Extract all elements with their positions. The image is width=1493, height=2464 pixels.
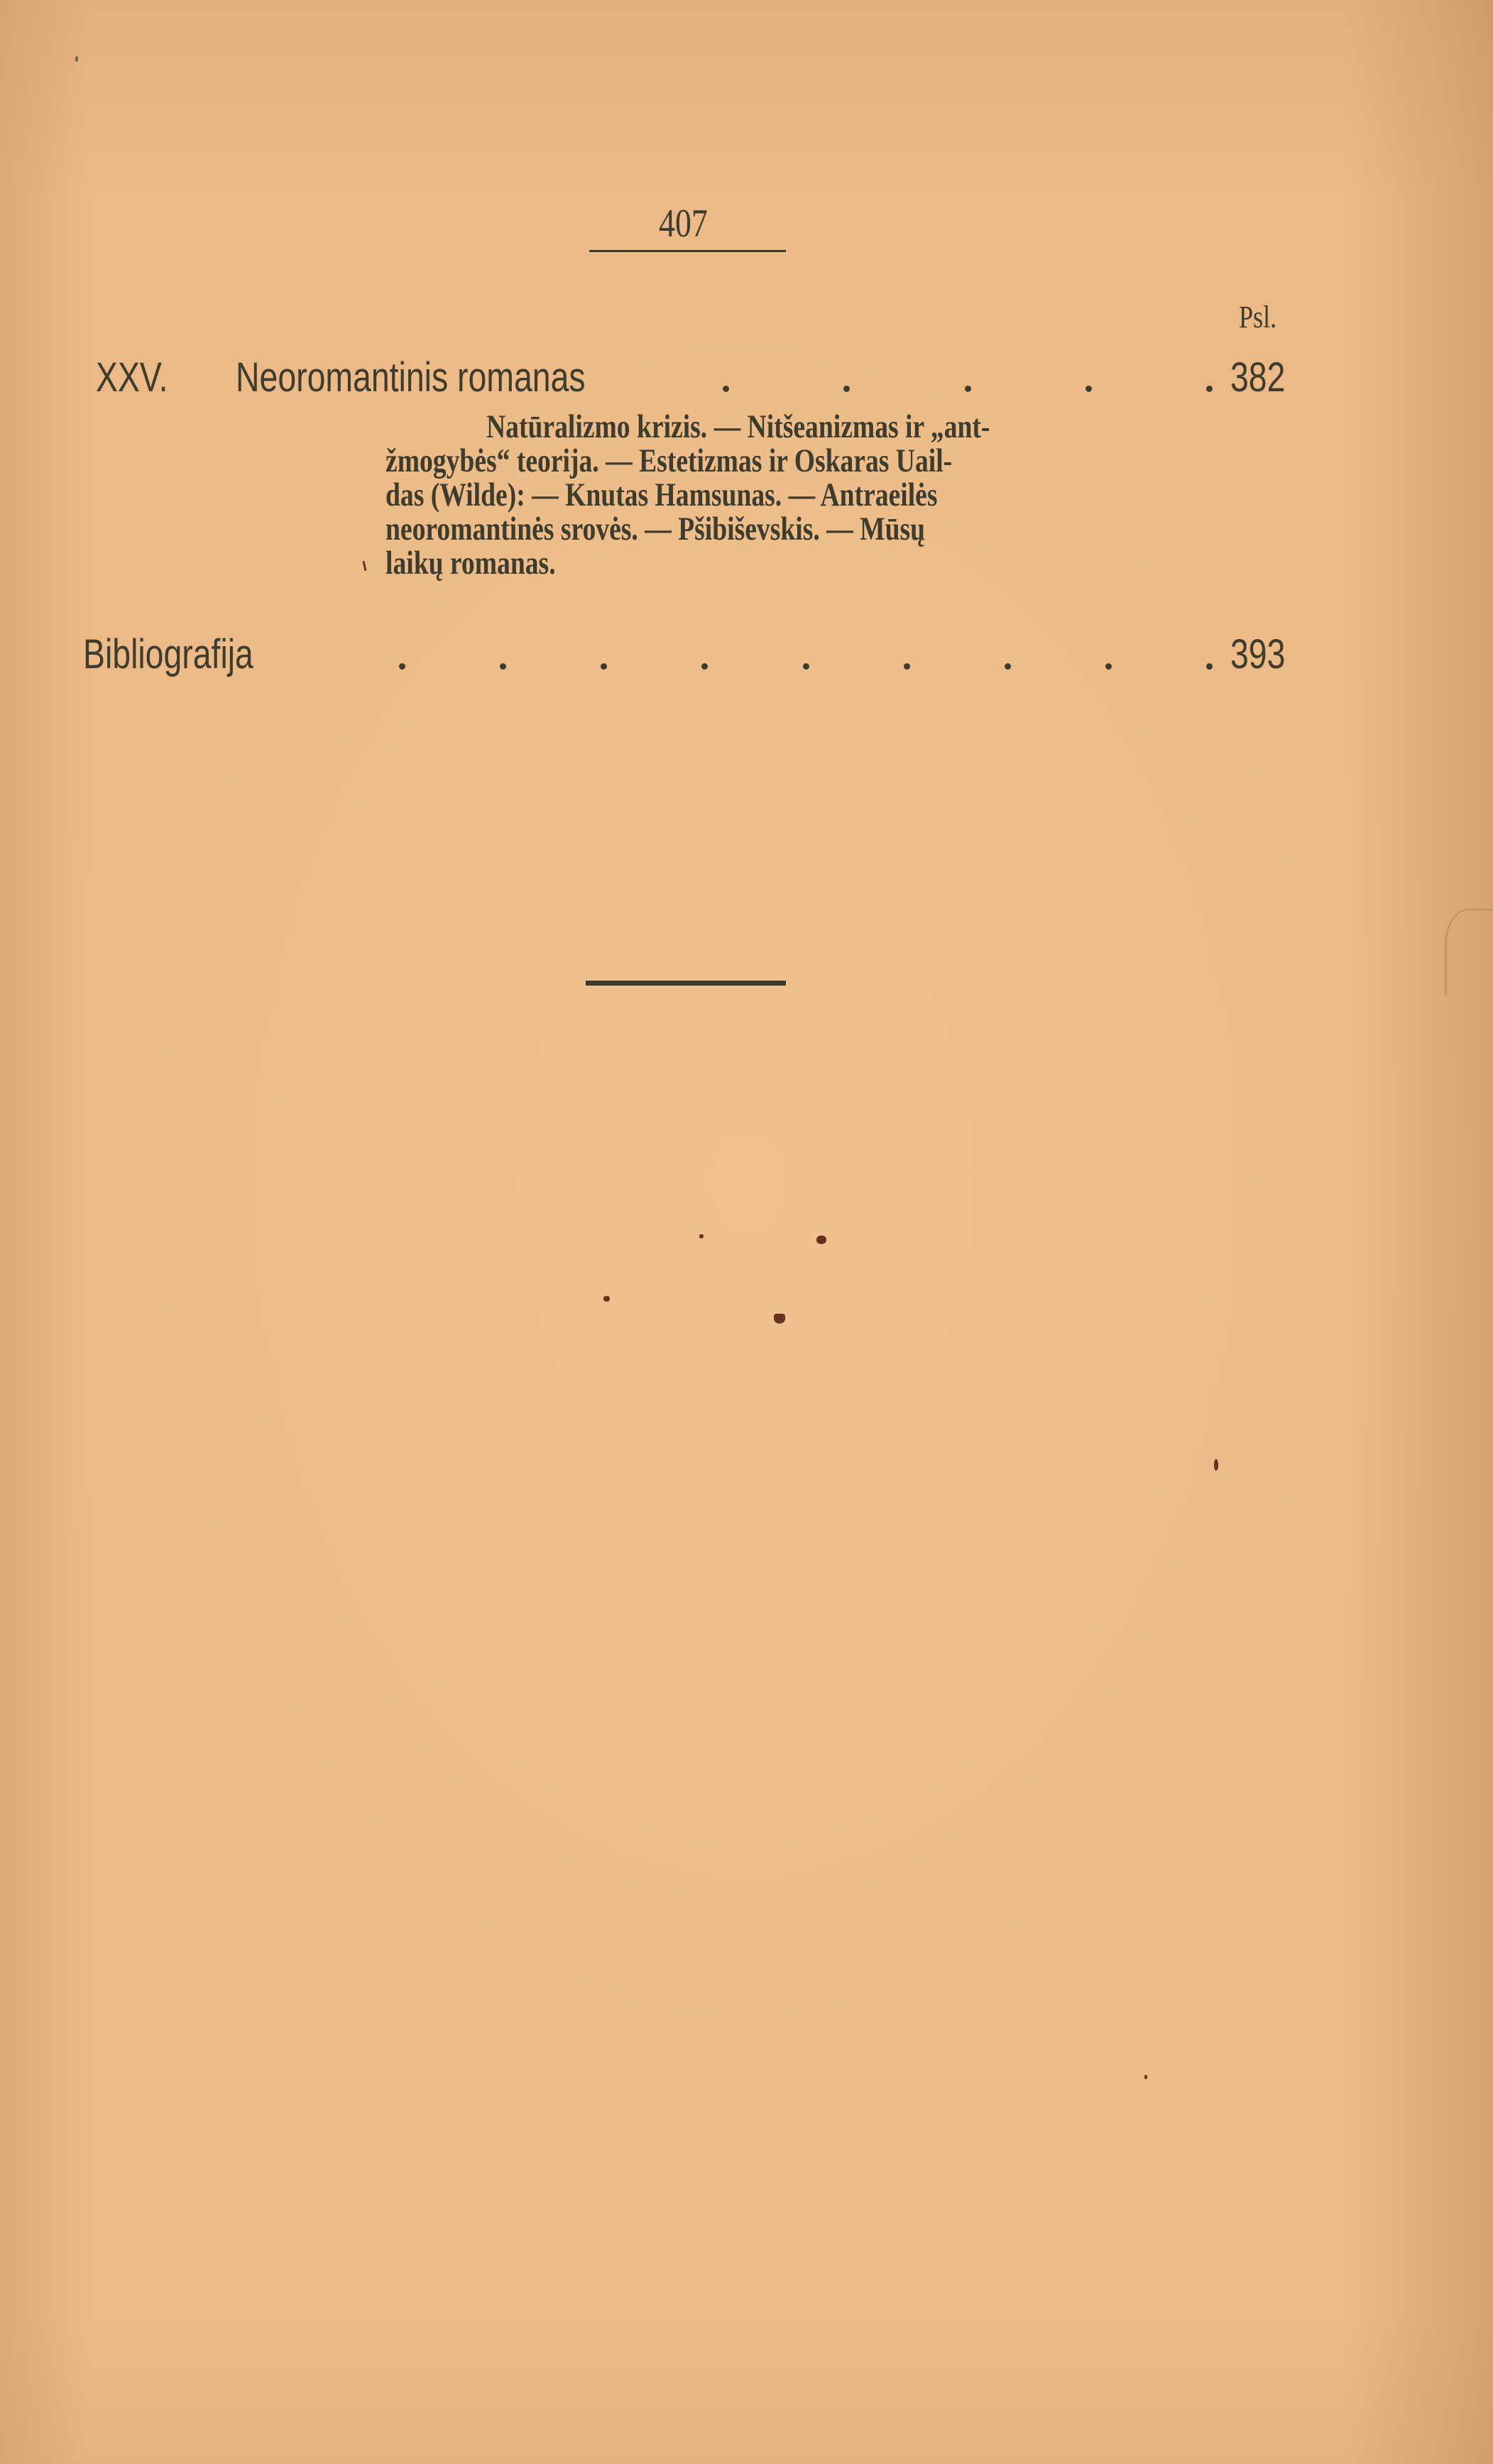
subtopic-line: Natūralizmo krizis. — Nitšeanizmas ir „a… — [486, 410, 990, 444]
page-number: 407 — [659, 204, 708, 244]
chapter-page-number: 382 — [1230, 357, 1285, 398]
leader-dot — [399, 663, 405, 670]
leader-dot — [723, 386, 729, 392]
leader-dot — [1206, 663, 1213, 670]
leader-dot — [601, 663, 607, 670]
leader-dot — [843, 386, 850, 392]
leader-dot — [1206, 386, 1213, 392]
subtopic-line: žmogybės“ teorija. — Estetizmas ir Oskar… — [385, 444, 952, 478]
foxing-speck — [1144, 2075, 1147, 2079]
paper-stain — [1445, 909, 1493, 996]
subtopic-line: das (Wilde): — Knutas Hamsunas. — Antrae… — [385, 478, 938, 512]
leader-dots — [723, 386, 1213, 392]
foxing-speck — [699, 1234, 704, 1238]
leader-dot — [1005, 663, 1011, 670]
leader-dot — [803, 663, 809, 670]
page-number-rule — [589, 250, 786, 252]
leader-dot — [701, 663, 708, 670]
bibliography-title: Bibliografija — [83, 634, 253, 675]
section-end-rule — [586, 981, 786, 986]
foxing-speck — [603, 1296, 610, 1302]
leader-dot — [904, 663, 910, 670]
foxing-speck — [774, 1314, 785, 1324]
subtopic-line: neoromantinės srovės. — Pšibiševskis. — … — [385, 512, 925, 546]
leader-dot — [965, 386, 971, 392]
bibliography-page-number: 393 — [1230, 634, 1285, 675]
leader-dot — [1085, 386, 1092, 392]
chapter-title: Neoromantinis romanas — [236, 357, 586, 398]
chapter-number: XXV. — [96, 357, 168, 398]
leader-dot — [1105, 663, 1112, 670]
page-column-header: Psl. — [1239, 302, 1276, 333]
leader-dots — [399, 663, 1213, 670]
leader-dot — [500, 663, 506, 670]
foxing-speck — [1214, 1459, 1218, 1471]
foxing-speck — [75, 56, 78, 62]
foxing-speck — [816, 1236, 826, 1244]
subtopic-line: laikų romanas. — [385, 546, 556, 580]
